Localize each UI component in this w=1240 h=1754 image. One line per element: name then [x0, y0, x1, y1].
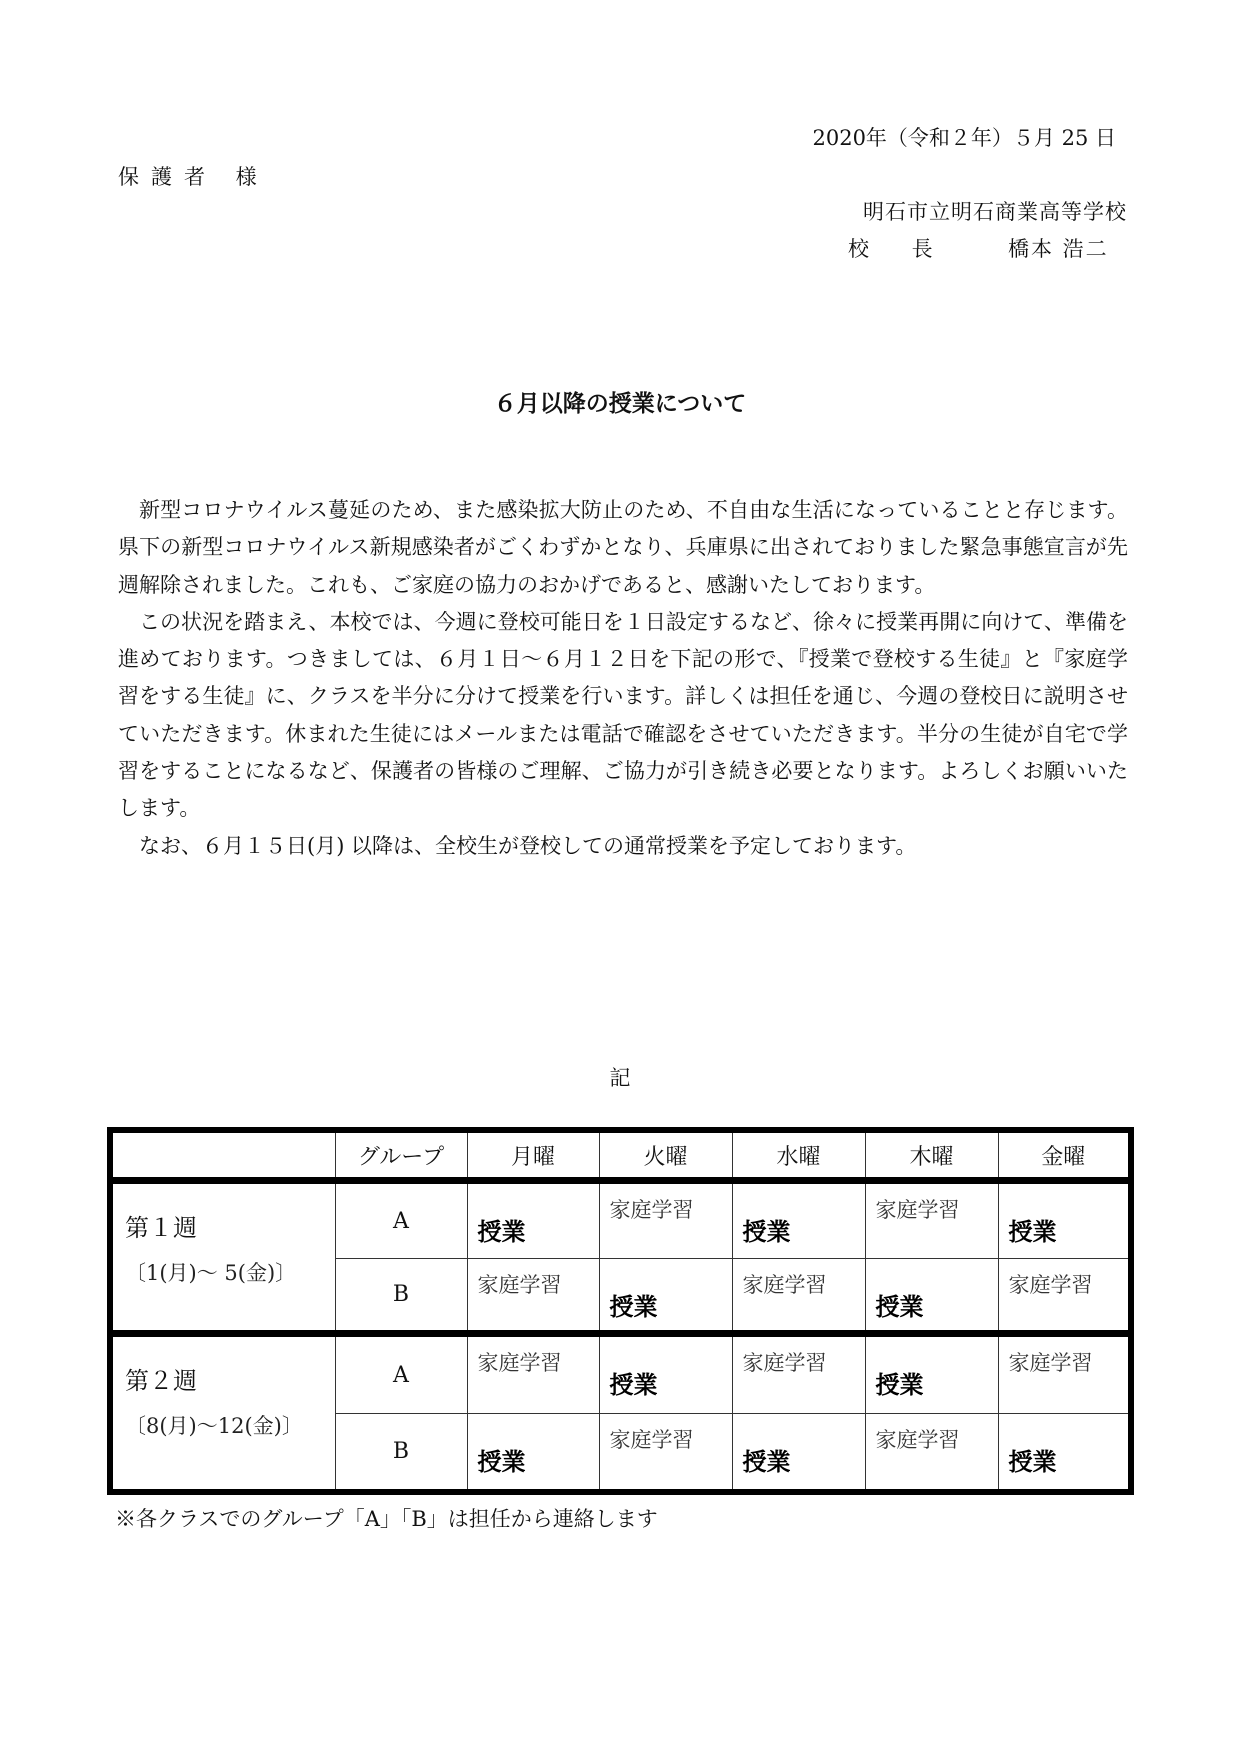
class-label: 授業	[610, 1365, 658, 1400]
class-label: 授業	[478, 1442, 526, 1477]
day-cell: 授業	[599, 1259, 732, 1334]
table-row: 第２週 〔8(月)～12(金)〕 A 家庭学習 授業 家庭学習 授業 家庭学習	[110, 1334, 1131, 1414]
class-label: 授業	[610, 1287, 658, 1322]
table-header-row: グループ 月曜 火曜 水曜 木曜 金曜	[110, 1130, 1131, 1181]
principal-signature: 校 長 橋本 浩二	[848, 233, 1128, 263]
header-cell: グループ	[335, 1130, 467, 1181]
day-cell: 家庭学習	[998, 1259, 1131, 1334]
paragraph: 新型コロナウイルス蔓延のため、また感染拡大防止のため、不自由な生活になっているこ…	[118, 492, 1128, 604]
group-cell: B	[335, 1414, 467, 1492]
group-cell: A	[335, 1334, 467, 1414]
addressee: 保護者 様	[118, 161, 269, 191]
day-cell: 授業	[998, 1181, 1131, 1259]
header-cell: 水曜	[732, 1130, 865, 1181]
week-label: 第１週	[125, 1208, 335, 1243]
class-label: 授業	[743, 1442, 791, 1477]
day-cell: 家庭学習	[865, 1181, 998, 1259]
day-cell: 授業	[865, 1259, 998, 1334]
home-study-label: 家庭学習	[610, 1424, 694, 1454]
day-cell: 家庭学習	[599, 1181, 732, 1259]
home-study-label: 家庭学習	[478, 1347, 562, 1377]
ki-heading: 記	[0, 1062, 1240, 1092]
class-label: 授業	[743, 1212, 791, 1247]
week-range: 〔8(月)～12(金)〕	[125, 1410, 335, 1440]
day-cell: 家庭学習	[732, 1334, 865, 1414]
document-title: ６月以降の授業について	[0, 385, 1240, 418]
day-cell: 授業	[467, 1181, 599, 1259]
week-range: 〔1(月)～ 5(金)〕	[125, 1257, 335, 1287]
week-label: 第２週	[125, 1361, 335, 1396]
class-label: 授業	[876, 1287, 924, 1322]
day-cell: 授業	[998, 1414, 1131, 1492]
home-study-label: 家庭学習	[1009, 1347, 1093, 1377]
footnote: ※各クラスでのグループ「A」「B」は担任から連絡します	[115, 1503, 658, 1533]
header-cell: 月曜	[467, 1130, 599, 1181]
day-cell: 授業	[865, 1334, 998, 1414]
day-cell: 家庭学習	[467, 1259, 599, 1334]
home-study-label: 家庭学習	[876, 1424, 960, 1454]
week-label-cell: 第２週 〔8(月)～12(金)〕	[110, 1334, 335, 1492]
group-cell: B	[335, 1259, 467, 1334]
table-row: 第１週 〔1(月)～ 5(金)〕 A 授業 家庭学習 授業 家庭学習 授業	[110, 1181, 1131, 1259]
class-label: 授業	[1009, 1212, 1057, 1247]
home-study-label: 家庭学習	[1009, 1269, 1093, 1299]
day-cell: 家庭学習	[865, 1414, 998, 1492]
day-cell: 家庭学習	[599, 1414, 732, 1492]
paragraph: なお、６月１５日(月) 以降は、全校生が登校しての通常授業を予定しております。	[118, 828, 1128, 865]
day-cell: 授業	[732, 1181, 865, 1259]
header-cell: 金曜	[998, 1130, 1131, 1181]
day-cell: 家庭学習	[467, 1334, 599, 1414]
schedule-table: グループ 月曜 火曜 水曜 木曜 金曜 第１週 〔1(月)～ 5(金)〕 A 授…	[107, 1127, 1134, 1495]
day-cell: 授業	[732, 1414, 865, 1492]
day-cell: 家庭学習	[732, 1259, 865, 1334]
header-cell: 木曜	[865, 1130, 998, 1181]
home-study-label: 家庭学習	[743, 1269, 827, 1299]
home-study-label: 家庭学習	[743, 1347, 827, 1377]
class-label: 授業	[478, 1212, 526, 1247]
day-cell: 授業	[467, 1414, 599, 1492]
letter-body: 新型コロナウイルス蔓延のため、また感染拡大防止のため、不自由な生活になっているこ…	[118, 492, 1128, 865]
day-cell: 授業	[599, 1334, 732, 1414]
home-study-label: 家庭学習	[610, 1194, 694, 1224]
group-cell: A	[335, 1181, 467, 1259]
principal-name: 橋本 浩二	[1008, 233, 1109, 263]
home-study-label: 家庭学習	[876, 1194, 960, 1224]
class-label: 授業	[1009, 1442, 1057, 1477]
document-date: 2020年（令和２年）５月 25 日	[812, 122, 1116, 152]
principal-role: 校 長	[848, 237, 951, 261]
header-cell: 火曜	[599, 1130, 732, 1181]
school-name: 明石市立明石商業高等学校	[863, 196, 1127, 226]
class-label: 授業	[876, 1365, 924, 1400]
day-cell: 家庭学習	[998, 1334, 1131, 1414]
week-label-cell: 第１週 〔1(月)～ 5(金)〕	[110, 1181, 335, 1334]
home-study-label: 家庭学習	[478, 1269, 562, 1299]
header-cell	[110, 1130, 335, 1181]
paragraph: この状況を踏まえ、本校では、今週に登校可能日を１日設定するなど、徐々に授業再開に…	[118, 604, 1128, 828]
